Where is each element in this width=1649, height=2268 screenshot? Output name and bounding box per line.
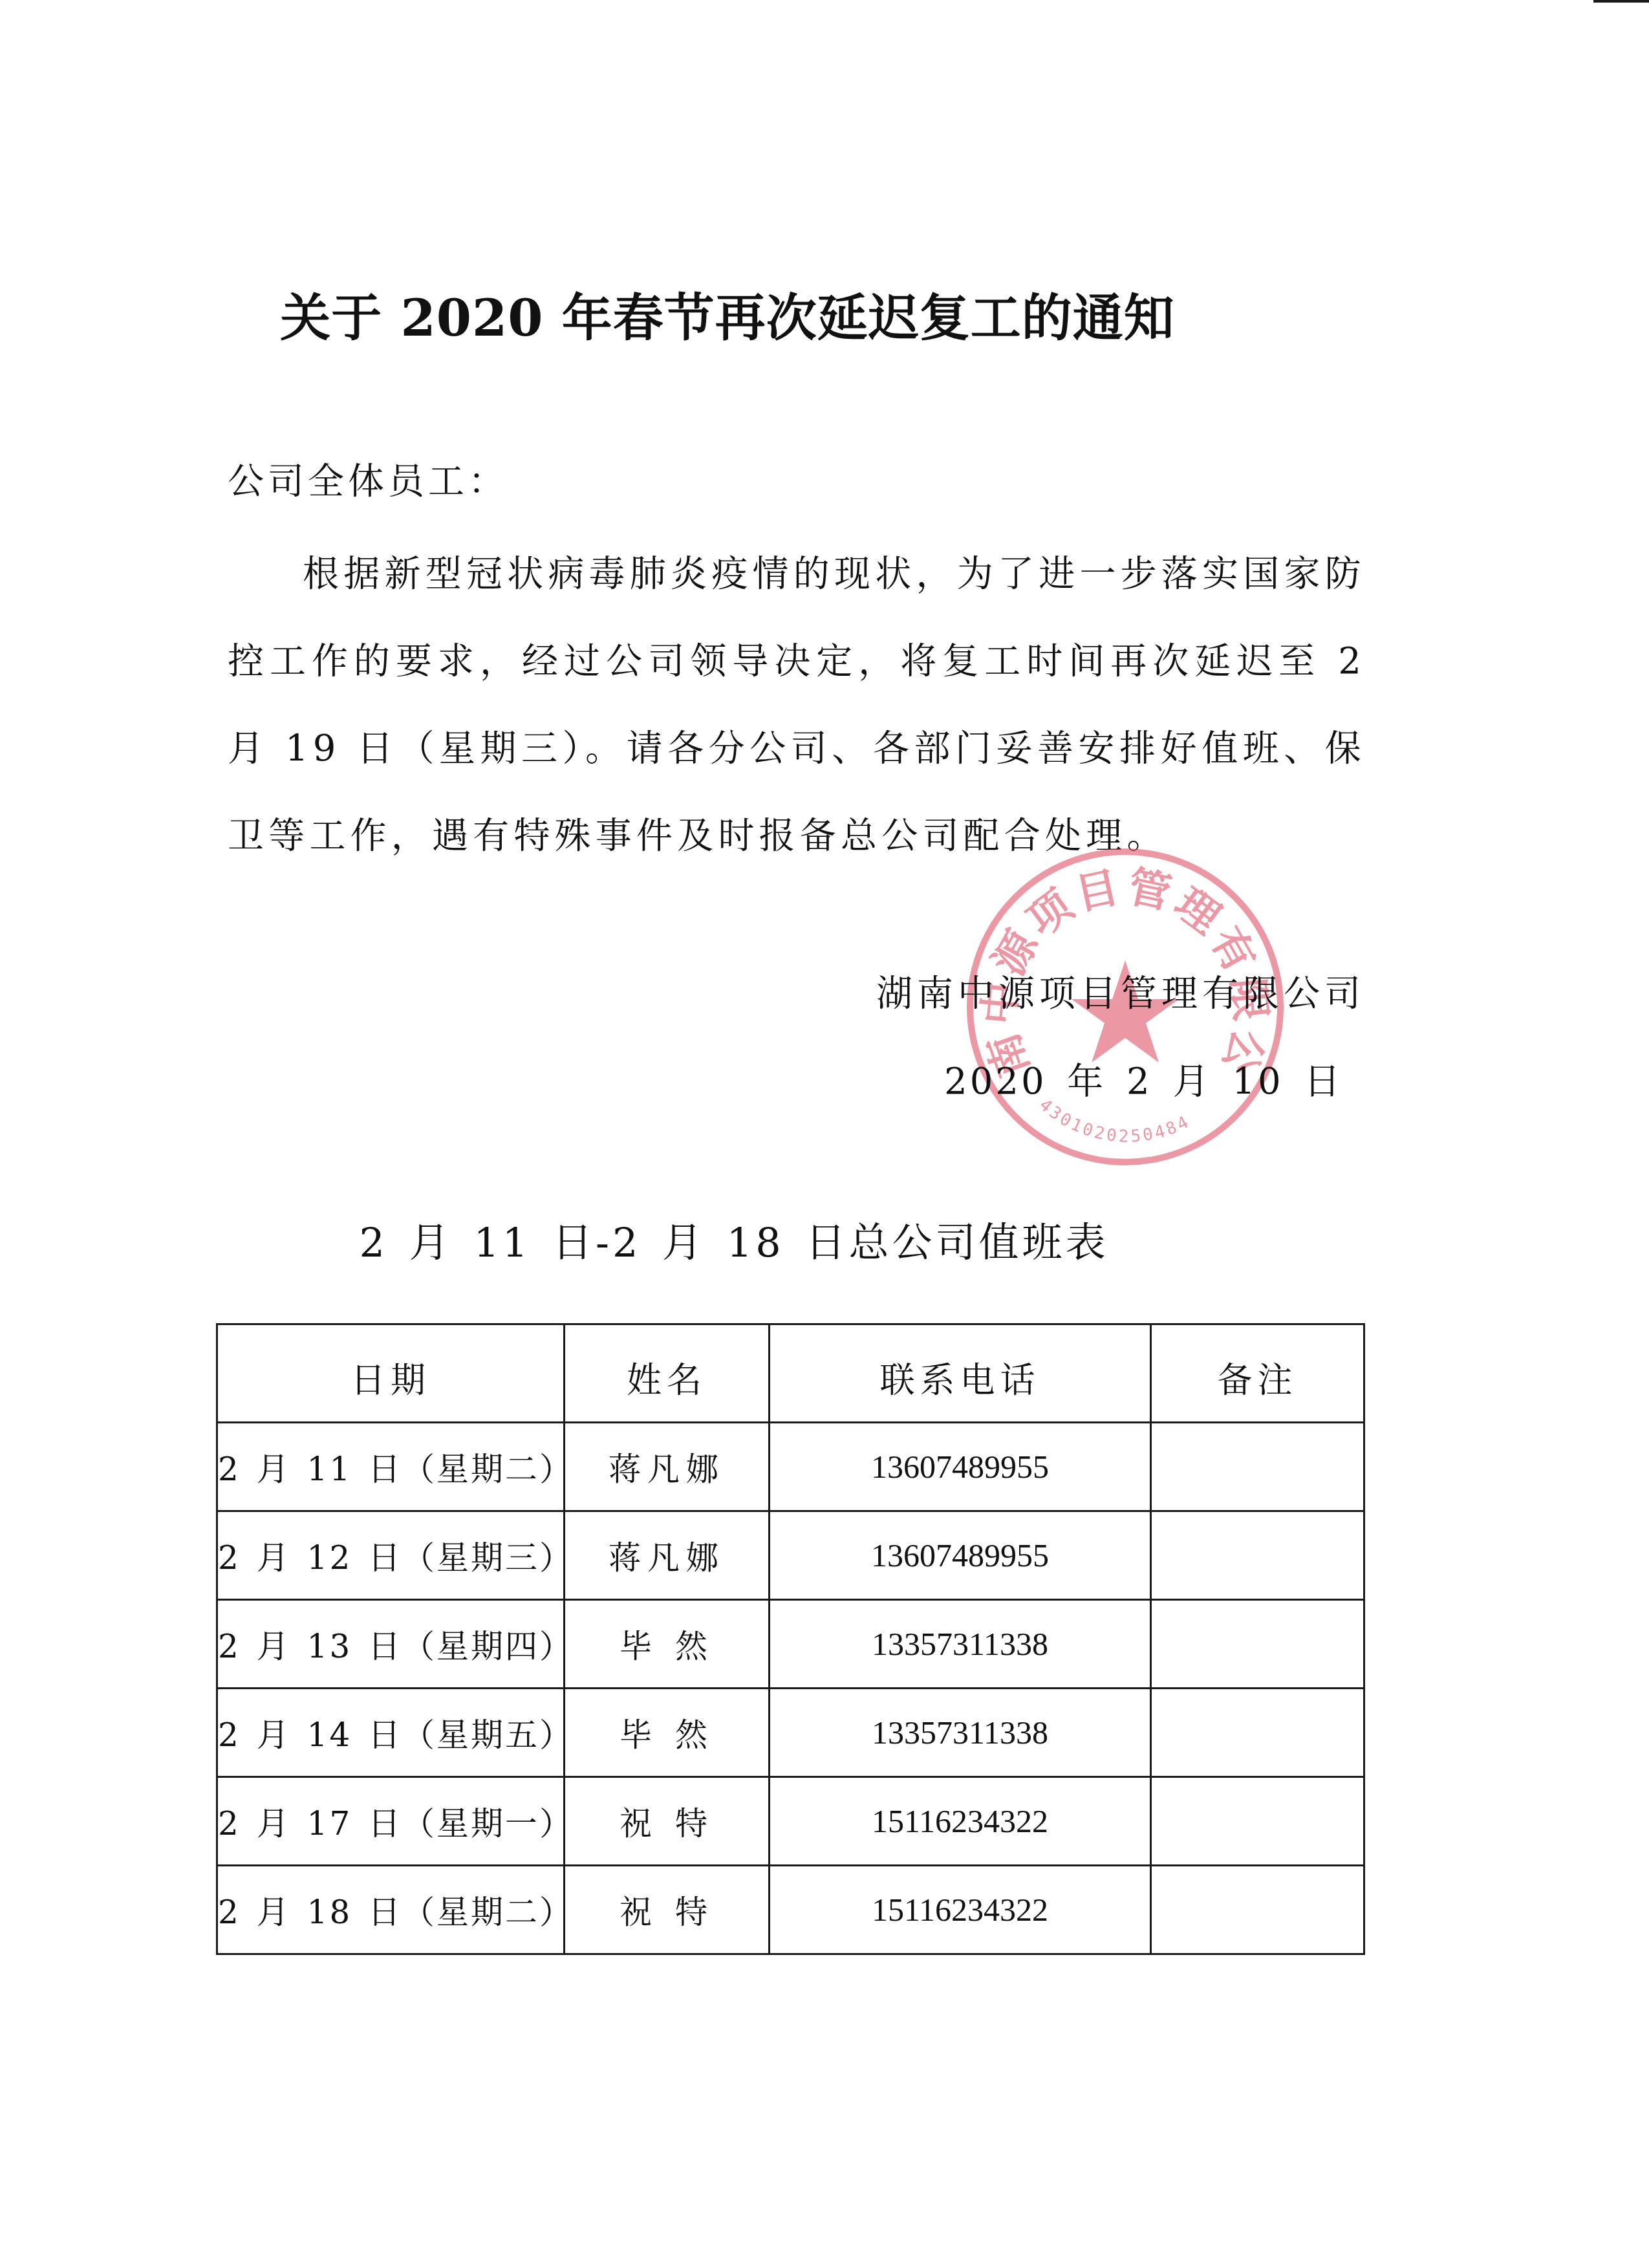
header-note: 备注 bbox=[1151, 1324, 1364, 1423]
cell-phone: 13357311338 bbox=[770, 1600, 1151, 1689]
duty-roster-table: 日期 姓名 联系电话 备注 2 月 11 日（星期二） 蒋凡娜 13607489… bbox=[216, 1323, 1365, 1955]
cell-name: 祝 特 bbox=[565, 1866, 770, 1954]
table-row: 2 月 14 日（星期五） 毕 然 13357311338 bbox=[217, 1689, 1364, 1777]
cell-date: 2 月 11 日（星期二） bbox=[217, 1423, 565, 1511]
salutation: 公司全体员工： bbox=[228, 453, 508, 504]
scan-edge-mark bbox=[1593, 0, 1649, 3]
cell-note bbox=[1151, 1777, 1364, 1866]
document-title: 关于 2020 年春节再次延迟复工的通知 bbox=[0, 278, 1552, 351]
cell-note bbox=[1151, 1423, 1364, 1511]
table-row: 2 月 12 日（星期三） 蒋凡娜 13607489955 bbox=[217, 1511, 1364, 1600]
table-row: 2 月 11 日（星期二） 蒋凡娜 13607489955 bbox=[217, 1423, 1364, 1511]
cell-name: 祝 特 bbox=[565, 1777, 770, 1866]
signature-date: 2020 年 2 月 10 日 bbox=[944, 1053, 1342, 1105]
cell-phone: 13607489955 bbox=[770, 1511, 1151, 1600]
cell-note bbox=[1151, 1511, 1364, 1600]
cell-note bbox=[1151, 1600, 1364, 1689]
seal-text: 湖南中源项目管理有限公司 bbox=[964, 844, 1276, 1083]
table-header-row: 日期 姓名 联系电话 备注 bbox=[217, 1324, 1364, 1423]
svg-text:湖南中源项目管理有限公司: 湖南中源项目管理有限公司 bbox=[964, 844, 1276, 1083]
table-row: 2 月 17 日（星期一） 祝 特 15116234322 bbox=[217, 1777, 1364, 1866]
cell-phone: 15116234322 bbox=[770, 1866, 1151, 1954]
cell-phone: 13607489955 bbox=[770, 1423, 1151, 1511]
cell-date: 2 月 17 日（星期一） bbox=[217, 1777, 565, 1866]
cell-name: 蒋凡娜 bbox=[565, 1423, 770, 1511]
notice-body: 根据新型冠状病毒肺炎疫情的现状，为了进一步落实国家防控工作的要求，经过公司领导决… bbox=[228, 530, 1366, 880]
cell-note bbox=[1151, 1866, 1364, 1954]
cell-phone: 13357311338 bbox=[770, 1689, 1151, 1777]
header-name: 姓名 bbox=[565, 1324, 770, 1423]
signature-company: 湖南中源项目管理有限公司 bbox=[876, 965, 1365, 1017]
cell-date: 2 月 14 日（星期五） bbox=[217, 1689, 565, 1777]
duty-table-title: 2 月 11 日-2 月 18 日总公司值班表 bbox=[0, 1211, 1558, 1268]
cell-date: 2 月 12 日（星期三） bbox=[217, 1511, 565, 1600]
cell-note bbox=[1151, 1689, 1364, 1777]
header-date: 日期 bbox=[217, 1324, 565, 1423]
cell-name: 毕 然 bbox=[565, 1689, 770, 1777]
cell-date: 2 月 13 日（星期四） bbox=[217, 1600, 565, 1689]
cell-name: 蒋凡娜 bbox=[565, 1511, 770, 1600]
cell-date: 2 月 18 日（星期二） bbox=[217, 1866, 565, 1954]
table-row: 2 月 18 日（星期二） 祝 特 15116234322 bbox=[217, 1866, 1364, 1954]
header-phone: 联系电话 bbox=[770, 1324, 1151, 1423]
cell-name: 毕 然 bbox=[565, 1600, 770, 1689]
table-row: 2 月 13 日（星期四） 毕 然 13357311338 bbox=[217, 1600, 1364, 1689]
cell-phone: 15116234322 bbox=[770, 1777, 1151, 1866]
